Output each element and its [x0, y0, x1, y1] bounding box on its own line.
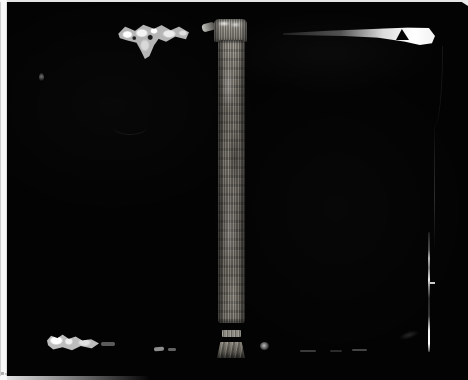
light-spot-tail [101, 342, 115, 346]
spine-band-segment [222, 330, 241, 337]
bottom-light-dash-2 [168, 348, 176, 351]
page-edge-tick [430, 282, 435, 284]
film-corner-mark [1, 372, 4, 375]
left-page-faint-arc [112, 116, 148, 135]
bottom-faint-streak-3 [352, 349, 367, 351]
book-spine [218, 40, 245, 323]
film-margin-left [0, 0, 7, 380]
spine-foot-right-spot [260, 342, 269, 350]
light-streak-top-right [283, 26, 435, 46]
microfilm-photo [0, 0, 468, 380]
spine-top-cap [214, 19, 247, 42]
bottom-faint-streak-2 [330, 350, 342, 352]
page-edge-faint-curve [430, 46, 443, 128]
scan-viewer-canvas [0, 0, 468, 380]
film-margin-bottom-left [0, 376, 150, 380]
film-margin-top [0, 0, 468, 2]
page-edge-faint-line [434, 120, 435, 252]
light-spot-bottom-left [47, 332, 99, 351]
bottom-right-faint-wisp [397, 327, 421, 343]
bottom-faint-streak-1 [300, 350, 316, 352]
light-leak-top-left [116, 23, 192, 59]
left-page-faint-dot [39, 73, 44, 82]
spine-foot-segment [217, 342, 245, 358]
page-edge-highlight [428, 232, 430, 352]
film-corner-mark [5, 373, 7, 375]
bottom-light-dash-1 [154, 347, 164, 352]
